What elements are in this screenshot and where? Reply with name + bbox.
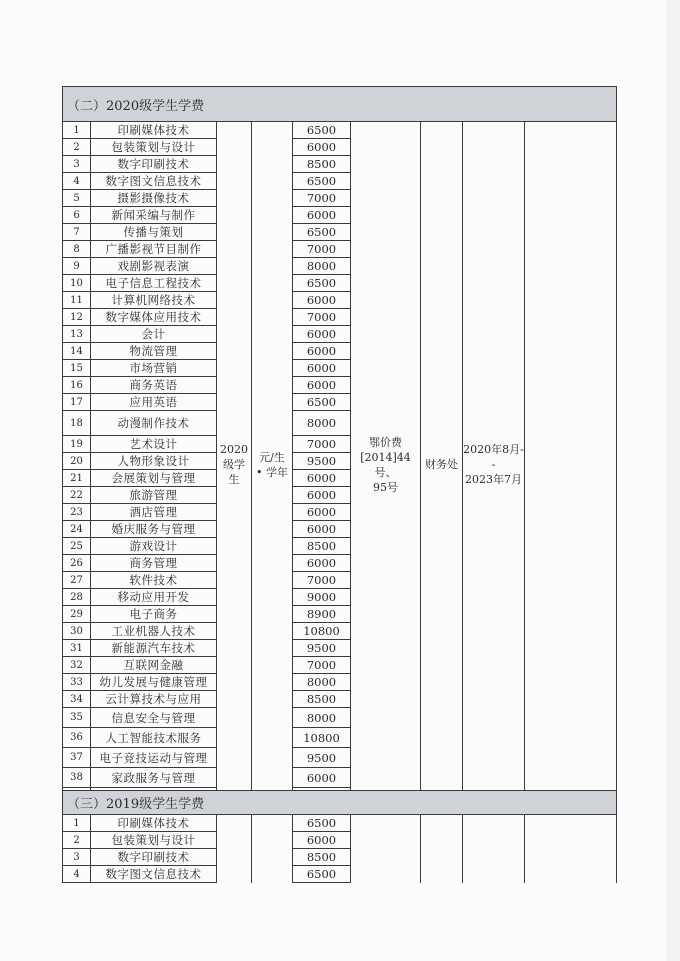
pricing-document — [351, 815, 421, 883]
table-row: 1印刷媒体技术6500 — [63, 815, 617, 832]
major-name: 艺术设计 — [91, 436, 217, 453]
fee-amount: 6500 — [293, 224, 351, 241]
row-number: 37 — [63, 748, 91, 768]
major-name: 电子竞技运动与管理 — [91, 748, 217, 768]
row-number: 1 — [63, 122, 91, 139]
department: 财务处 — [421, 122, 463, 808]
remarks-cell — [525, 122, 617, 808]
row-number: 22 — [63, 487, 91, 504]
major-name: 印刷媒体技术 — [91, 815, 217, 832]
fee-amount: 8000 — [293, 708, 351, 728]
major-name: 物流管理 — [91, 343, 217, 360]
fee-amount: 6000 — [293, 207, 351, 224]
row-number: 20 — [63, 453, 91, 470]
major-name: 数字印刷技术 — [91, 849, 217, 866]
row-number: 3 — [63, 156, 91, 173]
row-number: 31 — [63, 640, 91, 657]
fee-amount: 7000 — [293, 309, 351, 326]
row-number: 10 — [63, 275, 91, 292]
row-number: 33 — [63, 674, 91, 691]
unit-cell: 元/生• 学年 — [252, 122, 293, 808]
fee-table-2019: （三）2019级学生学费 1印刷媒体技术65002包装策划与设计60003数字印… — [62, 790, 617, 883]
row-number: 23 — [63, 504, 91, 521]
major-name: 游戏设计 — [91, 538, 217, 555]
period: 2020年8月--2023年7月 — [463, 122, 525, 808]
major-name: 印刷媒体技术 — [91, 122, 217, 139]
major-name: 数字印刷技术 — [91, 156, 217, 173]
department — [421, 815, 463, 883]
row-number: 4 — [63, 173, 91, 190]
fee-amount: 6000 — [293, 470, 351, 487]
row-number: 4 — [63, 866, 91, 883]
row-number: 12 — [63, 309, 91, 326]
fee-amount: 8500 — [293, 691, 351, 708]
fee-amount: 8500 — [293, 849, 351, 866]
row-number: 11 — [63, 292, 91, 309]
major-name: 人物形象设计 — [91, 453, 217, 470]
major-name: 旅游管理 — [91, 487, 217, 504]
major-name: 电子商务 — [91, 606, 217, 623]
grade-cell — [217, 815, 252, 883]
major-name: 市场营销 — [91, 360, 217, 377]
row-number: 18 — [63, 411, 91, 436]
fee-amount: 7000 — [293, 572, 351, 589]
major-name: 商务管理 — [91, 555, 217, 572]
major-name: 人工智能技术服务 — [91, 728, 217, 748]
major-name: 软件技术 — [91, 572, 217, 589]
fee-amount: 10800 — [293, 728, 351, 748]
major-name: 包装策划与设计 — [91, 139, 217, 156]
page-edge — [666, 0, 680, 961]
major-name: 传播与策划 — [91, 224, 217, 241]
fee-amount: 9500 — [293, 453, 351, 470]
row-number: 2 — [63, 139, 91, 156]
row-number: 26 — [63, 555, 91, 572]
fee-amount: 6500 — [293, 275, 351, 292]
table-row: 1印刷媒体技术2020级学生元/生• 学年6500鄂价费[2014]44号、95… — [63, 122, 617, 139]
major-name: 应用英语 — [91, 394, 217, 411]
remarks-cell — [525, 815, 617, 883]
pricing-document: 鄂价费[2014]44号、95号 — [351, 122, 421, 808]
grade-cell: 2020级学生 — [217, 122, 252, 808]
major-name: 摄影摄像技术 — [91, 190, 217, 207]
fee-amount: 6500 — [293, 394, 351, 411]
fee-amount: 8500 — [293, 156, 351, 173]
fee-amount: 6500 — [293, 173, 351, 190]
fee-amount: 6000 — [293, 487, 351, 504]
row-number: 35 — [63, 708, 91, 728]
period — [463, 815, 525, 883]
row-number: 17 — [63, 394, 91, 411]
fee-amount: 6000 — [293, 292, 351, 309]
fee-amount: 6000 — [293, 504, 351, 521]
fee-amount: 10800 — [293, 623, 351, 640]
major-name: 数字图文信息技术 — [91, 866, 217, 883]
major-name: 移动应用开发 — [91, 589, 217, 606]
major-name: 幼儿发展与健康管理 — [91, 674, 217, 691]
row-number: 21 — [63, 470, 91, 487]
row-number: 7 — [63, 224, 91, 241]
major-name: 新能源汽车技术 — [91, 640, 217, 657]
major-name: 新闻采编与制作 — [91, 207, 217, 224]
row-number: 14 — [63, 343, 91, 360]
major-name: 动漫制作技术 — [91, 411, 217, 436]
fee-amount: 6000 — [293, 360, 351, 377]
row-number: 9 — [63, 258, 91, 275]
row-number: 34 — [63, 691, 91, 708]
row-number: 5 — [63, 190, 91, 207]
major-name: 工业机器人技术 — [91, 623, 217, 640]
fee-amount: 8000 — [293, 258, 351, 275]
row-number: 36 — [63, 728, 91, 748]
row-number: 30 — [63, 623, 91, 640]
section-header-2019: （三）2019级学生学费 — [63, 791, 617, 815]
row-number: 8 — [63, 241, 91, 258]
major-name: 数字媒体应用技术 — [91, 309, 217, 326]
fee-amount: 6000 — [293, 377, 351, 394]
fee-amount: 9500 — [293, 640, 351, 657]
major-name: 广播影视节目制作 — [91, 241, 217, 258]
fee-amount: 8900 — [293, 606, 351, 623]
fee-amount: 6500 — [293, 122, 351, 139]
row-number: 38 — [63, 768, 91, 788]
major-name: 数字图文信息技术 — [91, 173, 217, 190]
major-name: 婚庆服务与管理 — [91, 521, 217, 538]
fee-amount: 7000 — [293, 436, 351, 453]
row-number: 28 — [63, 589, 91, 606]
row-number: 13 — [63, 326, 91, 343]
fee-amount: 6000 — [293, 555, 351, 572]
fee-amount: 8000 — [293, 674, 351, 691]
row-number: 32 — [63, 657, 91, 674]
major-name: 戏剧影视表演 — [91, 258, 217, 275]
fee-amount: 9000 — [293, 589, 351, 606]
row-number: 6 — [63, 207, 91, 224]
major-name: 会计 — [91, 326, 217, 343]
row-number: 2 — [63, 832, 91, 849]
fee-amount: 7000 — [293, 241, 351, 258]
major-name: 电子信息工程技术 — [91, 275, 217, 292]
row-number: 29 — [63, 606, 91, 623]
major-name: 互联网金融 — [91, 657, 217, 674]
section-header-2020: （二）2020级学生学费 — [63, 87, 617, 122]
major-name: 商务英语 — [91, 377, 217, 394]
row-number: 27 — [63, 572, 91, 589]
fee-amount: 6000 — [293, 139, 351, 156]
fee-table-2020: （二）2020级学生学费 1印刷媒体技术2020级学生元/生• 学年6500鄂价… — [62, 86, 617, 808]
fee-amount: 6000 — [293, 343, 351, 360]
fee-amount: 7000 — [293, 657, 351, 674]
major-name: 会展策划与管理 — [91, 470, 217, 487]
major-name: 包装策划与设计 — [91, 832, 217, 849]
fee-amount: 6000 — [293, 326, 351, 343]
row-number: 15 — [63, 360, 91, 377]
major-name: 信息安全与管理 — [91, 708, 217, 728]
row-number: 3 — [63, 849, 91, 866]
major-name: 计算机网络技术 — [91, 292, 217, 309]
major-name: 酒店管理 — [91, 504, 217, 521]
scanned-page: （二）2020级学生学费 1印刷媒体技术2020级学生元/生• 学年6500鄂价… — [0, 0, 680, 961]
fee-amount: 6000 — [293, 768, 351, 788]
row-number: 25 — [63, 538, 91, 555]
section-title: （二）2020级学生学费 — [63, 87, 617, 122]
section-title: （三）2019级学生学费 — [63, 791, 617, 815]
row-number: 24 — [63, 521, 91, 538]
fee-amount: 6000 — [293, 832, 351, 849]
row-number: 16 — [63, 377, 91, 394]
major-name: 家政服务与管理 — [91, 768, 217, 788]
fee-amount: 6500 — [293, 815, 351, 832]
fee-amount: 6000 — [293, 521, 351, 538]
fee-amount: 9500 — [293, 748, 351, 768]
fee-amount: 7000 — [293, 190, 351, 207]
fee-amount: 8000 — [293, 411, 351, 436]
unit-cell — [252, 815, 293, 883]
major-name: 云计算技术与应用 — [91, 691, 217, 708]
fee-amount: 8500 — [293, 538, 351, 555]
row-number: 1 — [63, 815, 91, 832]
fee-amount: 6500 — [293, 866, 351, 883]
row-number: 19 — [63, 436, 91, 453]
